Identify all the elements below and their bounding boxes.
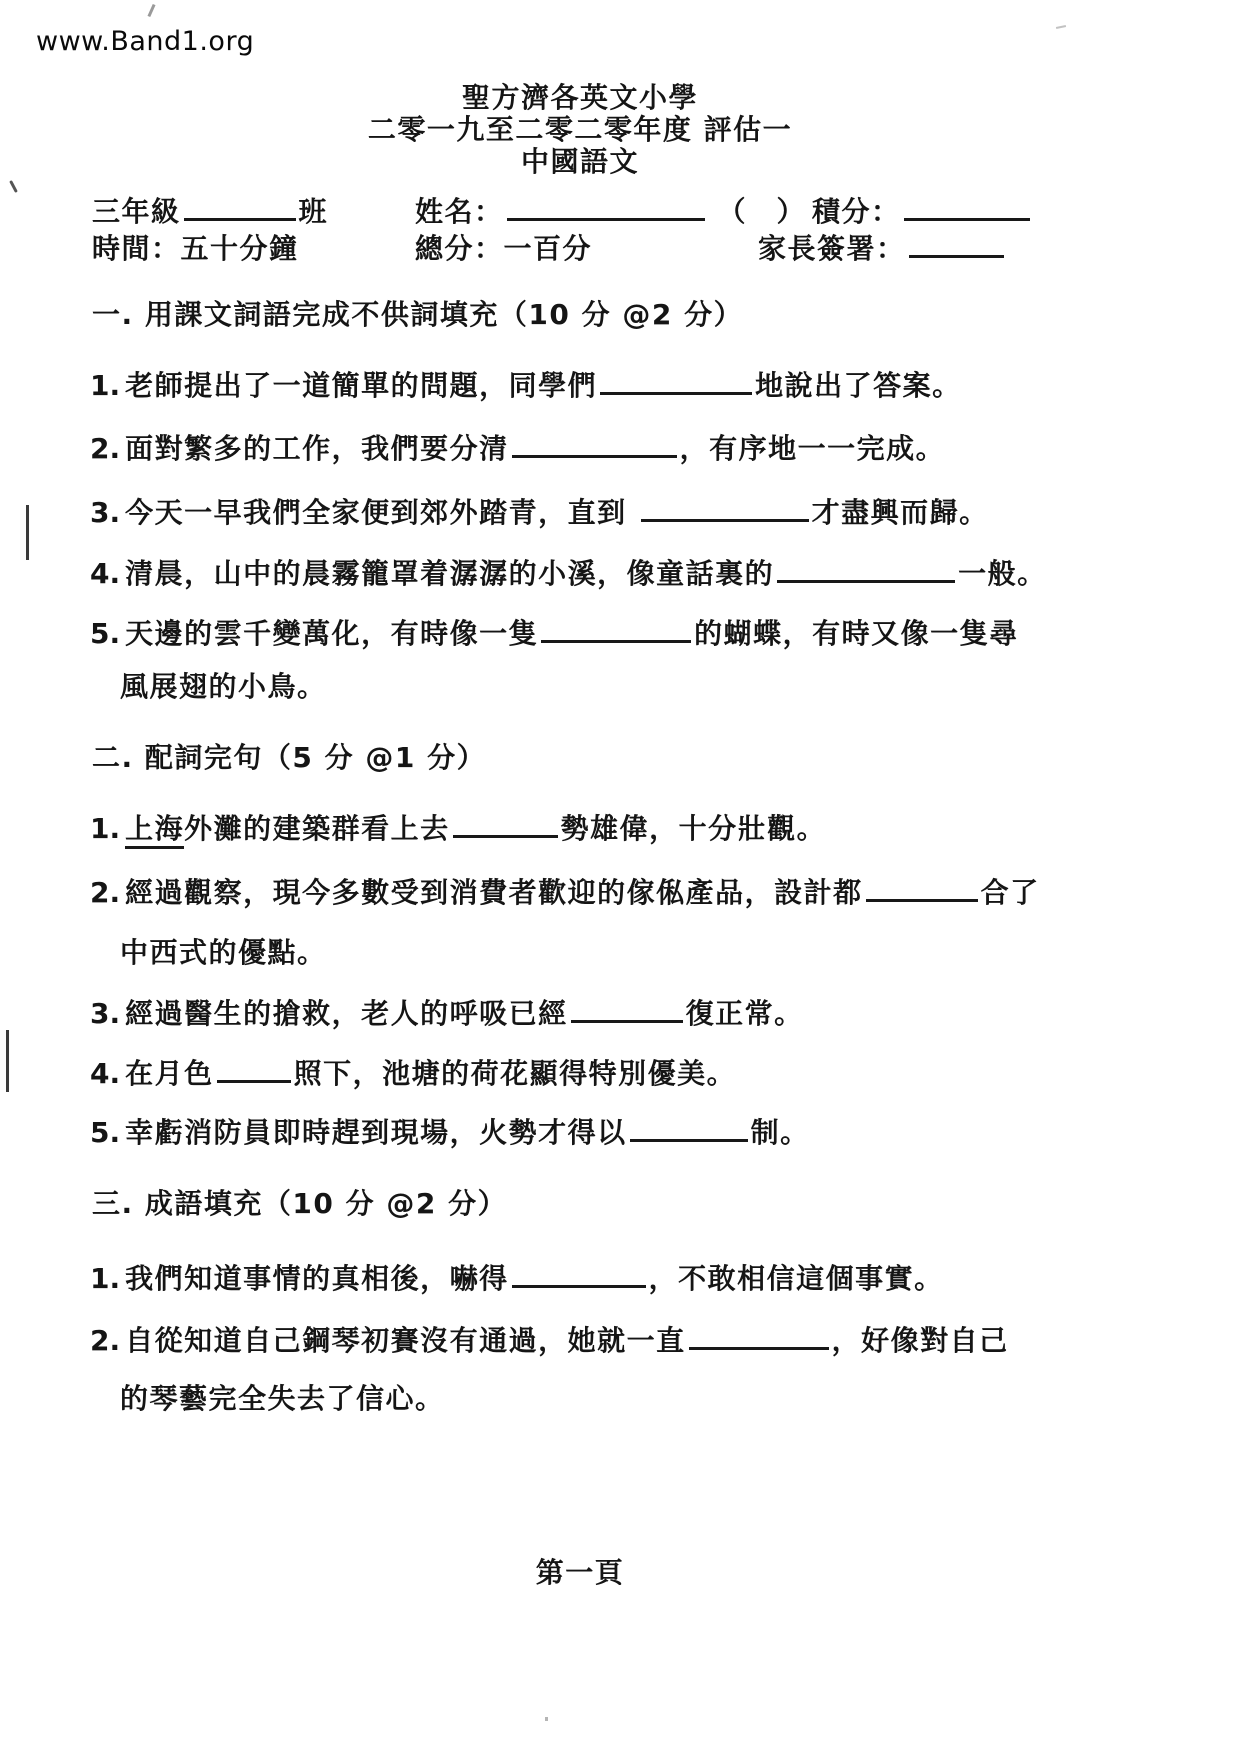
question-text: 今天一早我們全家便到郊外踏青，直到	[125, 496, 627, 529]
question-text: 面對繁多的工作，我們要分清	[125, 432, 509, 465]
s2-question-2: 2.經過觀察，現今多數受到消費者歡迎的傢俬產品，設計都合了	[90, 871, 1040, 911]
time-field: 時間：五十分鐘	[92, 227, 299, 267]
question-number: 5.	[90, 1116, 120, 1149]
question-number: 1.	[90, 812, 120, 845]
question-number: 5.	[90, 617, 120, 650]
question-text: 合了	[981, 876, 1040, 909]
class-number-paren: （ ）	[718, 195, 807, 228]
question-text: 自從知道自己鋼琴初賽沒有通過，她就一直	[125, 1324, 686, 1357]
question-text: 清晨，山中的晨霧籠罩着潺潺的小溪，像童話裏的	[125, 557, 774, 590]
answer-blank	[571, 993, 683, 1023]
s2-question-2-continuation: 中西式的優點。	[120, 931, 327, 971]
question-number: 2.	[90, 876, 120, 909]
question-number: 4.	[90, 1057, 120, 1090]
scan-artifact	[6, 1030, 9, 1092]
parent-signature-field: 家長簽署：	[758, 227, 1007, 267]
grade-class-field: 三年級班	[92, 190, 328, 230]
question-text: 外灘的建築群看上去	[184, 812, 450, 845]
answer-blank	[630, 1112, 748, 1142]
scan-artifact	[147, 4, 155, 17]
question-number: 4.	[90, 557, 120, 590]
question-text: 經過觀察，現今多數受到消費者歡迎的傢俬產品，設計都	[125, 876, 863, 909]
parent-signature-label: 家長簽署：	[758, 232, 906, 265]
s2-question-1: 1.上海外灘的建築群看上去勢雄偉，十分壯觀。	[90, 807, 826, 847]
question-number: 3.	[90, 496, 120, 529]
section3-heading: 三. 成語填充（10 分 @2 分）	[92, 1182, 507, 1222]
s2-question-3: 3.經過醫生的搶救，老人的呼吸已經復正常。	[90, 992, 804, 1032]
question-number: 2.	[90, 1324, 120, 1357]
answer-blank	[641, 492, 809, 522]
question-text: 經過醫生的搶救，老人的呼吸已經	[125, 997, 568, 1030]
subject-title: 中國語文	[30, 140, 1130, 180]
answer-blank	[866, 872, 978, 902]
scan-artifact	[1056, 25, 1066, 29]
s1-question-2: 2.面對繁多的工作，我們要分清，有序地一一完成。	[90, 427, 945, 467]
score-field: 積分：	[812, 190, 1033, 230]
question-text: 才盡興而歸。	[812, 496, 989, 529]
question-text: 幸虧消防員即時趕到現場，火勢才得以	[125, 1116, 627, 1149]
name-label: 姓名：	[415, 195, 504, 228]
answer-blank	[600, 365, 752, 395]
question-text: 天邊的雲千變萬化，有時像一隻	[125, 617, 538, 650]
parent-signature-blank	[909, 228, 1004, 258]
s1-question-1: 1.老師提出了一道簡單的問題，同學們地說出了答案。	[90, 364, 962, 404]
answer-blank	[453, 808, 558, 838]
grade-label: 三年級	[92, 195, 181, 228]
s3-question-2-continuation: 的琴藝完全失去了信心。	[120, 1377, 445, 1417]
s1-question-5-continuation: 風展翅的小鳥。	[120, 665, 327, 705]
s1-question-5: 5.天邊的雲千變萬化，有時像一隻的蝴蝶，有時又像一隻尋	[90, 612, 1019, 652]
question-text: 的蝴蝶，有時又像一隻尋	[694, 617, 1019, 650]
question-text: ，不敢相信這個事實。	[649, 1262, 944, 1295]
total-score-field: 總分：一百分	[415, 227, 592, 267]
question-number: 2.	[90, 432, 120, 465]
class-blank	[184, 191, 296, 221]
page-footer: 第一頁	[30, 1551, 1130, 1591]
s1-question-4: 4.清晨，山中的晨霧籠罩着潺潺的小溪，像童話裏的一般。	[90, 552, 1047, 592]
score-blank	[904, 191, 1030, 221]
name-field: 姓名：（ ）	[415, 190, 806, 230]
answer-blank	[777, 553, 955, 583]
question-text: 老師提出了一道簡單的問題，同學們	[125, 369, 597, 402]
question-text: 照下，池塘的荷花顯得特別優美。	[294, 1057, 737, 1090]
name-blank	[507, 191, 705, 221]
answer-blank	[512, 428, 677, 458]
question-text: 在月色	[125, 1057, 214, 1090]
exam-paper-page: www.Band1.org 聖方濟各英文小學 二零一九至二零二零年度 評估一 中…	[0, 0, 1240, 1754]
s2-question-4: 4.在月色照下，池塘的荷花顯得特別優美。	[90, 1052, 736, 1092]
question-text: 勢雄偉，十分壯觀。	[561, 812, 827, 845]
question-text: ，好像對自己	[832, 1324, 1009, 1357]
question-text: 我們知道事情的真相後，嚇得	[125, 1262, 509, 1295]
scan-artifact	[9, 180, 18, 193]
section1-heading: 一. 用課文詞語完成不供詞填充（10 分 @2 分）	[92, 293, 743, 333]
watermark-url: www.Band1.org	[36, 26, 254, 57]
question-text: 復正常。	[686, 997, 804, 1030]
s3-question-1: 1.我們知道事情的真相後，嚇得，不敢相信這個事實。	[90, 1257, 944, 1297]
s1-question-3: 3.今天一早我們全家便到郊外踏青，直到才盡興而歸。	[90, 491, 989, 531]
class-suffix-label: 班	[299, 195, 329, 228]
question-text: 一般。	[958, 557, 1047, 590]
answer-blank	[512, 1258, 646, 1288]
s3-question-2: 2.自從知道自己鋼琴初賽沒有通過，她就一直，好像對自己	[90, 1319, 1009, 1359]
s2-question-5: 5.幸虧消防員即時趕到現場，火勢才得以制。	[90, 1111, 810, 1151]
question-number: 1.	[90, 1262, 120, 1295]
answer-blank	[217, 1053, 291, 1083]
scan-artifact	[545, 1717, 548, 1721]
score-label: 積分：	[812, 195, 901, 228]
question-text: 制。	[751, 1116, 810, 1149]
underlined-text: 上海	[125, 812, 184, 849]
answer-blank	[541, 613, 691, 643]
question-text: 地說出了答案。	[755, 369, 962, 402]
scan-artifact	[26, 505, 29, 560]
question-text: ，有序地一一完成。	[680, 432, 946, 465]
question-number: 3.	[90, 997, 120, 1030]
question-number: 1.	[90, 369, 120, 402]
answer-blank	[689, 1320, 829, 1350]
section2-heading: 二. 配詞完句（5 分 @1 分）	[92, 736, 486, 776]
